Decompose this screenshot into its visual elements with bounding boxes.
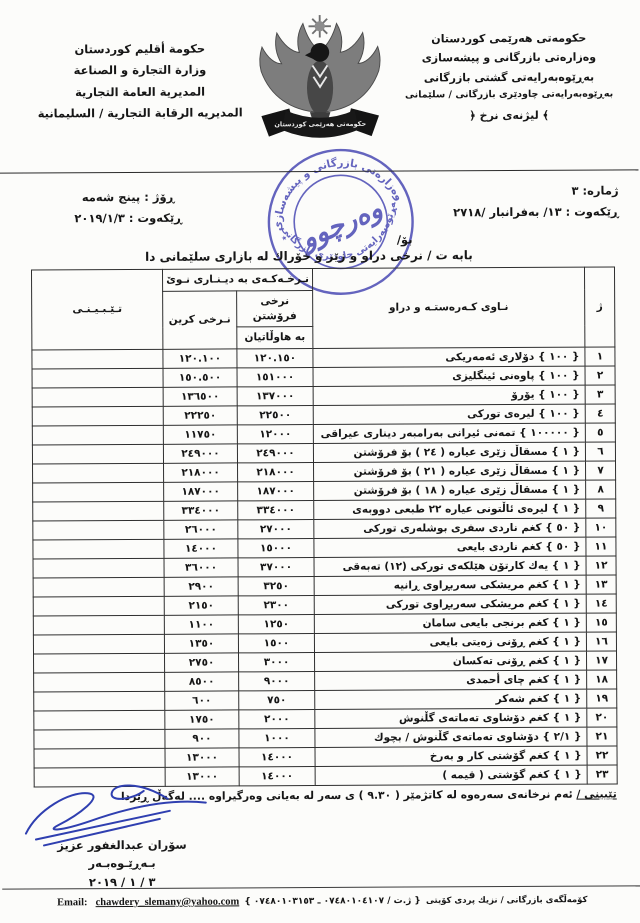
header-line: حكومة أقليم كوردستان (22, 38, 258, 61)
item-name-cell: { ١ } كغم شەكر (315, 689, 587, 709)
item-name-cell: { ٥٠ } كغم ناردی بایعی (314, 537, 586, 557)
note-cell (32, 425, 163, 445)
note-cell (33, 634, 164, 654)
footnote-label: تێبینی / (576, 787, 616, 800)
row-number-cell: ١٤ (586, 594, 616, 613)
meta-right-block: ژمارە: ٣ ڕێكەوت : ١٣/ بەفرانبار /٢٧١٨ (407, 180, 619, 222)
document-sheet: حكومة أقليم كوردستان وزارة التجارة و الص… (0, 0, 640, 923)
sell-price-cell: ٢٠٠٠ (239, 710, 315, 729)
date-gregorian: ڕێكەوت : ٢٠١٩/١/٣ (41, 207, 216, 229)
row-number-cell: ١٢ (586, 556, 616, 575)
sell-price-cell: ٧٥٠ (239, 691, 315, 710)
sell-price-cell: ١٢٠٠٠ (237, 425, 313, 444)
svg-text:٭: ٭ (390, 203, 399, 217)
note-cell (33, 482, 164, 502)
svg-text:٭: ٭ (280, 231, 289, 245)
row-number-cell: ٨ (586, 480, 616, 499)
price-table-body: ١ { ١٠٠ } دۆلاری ئەمەریكی ١٢٠.١٥٠ ١٢٠.١٠… (32, 347, 617, 787)
sell-price-cell: ١٥٠٠٠ (238, 539, 314, 558)
col-header-note: تـێـبـیـنـی (31, 269, 162, 350)
to-label: بۆ/ (397, 233, 413, 247)
row-number-cell: ٢٣ (587, 765, 617, 784)
header-line: المديريه الرقابة التجارية / السليمانية (22, 102, 258, 125)
sell-price-cell: ٢٤٩٠٠٠ (237, 444, 313, 463)
row-number-cell: ١٦ (586, 632, 616, 651)
item-name-cell: { ١ } لیرەی ئاڵتونی عیارە ٢٢ طبعی دووبەی (314, 499, 586, 519)
note-cell (34, 748, 165, 768)
price-table: ژ نـاوی كـەرەستـە و دراو نـرخـەكـەی بە د… (31, 266, 618, 787)
buy-price-cell: ٣٣٤٠٠٠ (164, 501, 238, 520)
row-number-cell: ١١ (586, 537, 616, 556)
buy-price-cell: ١٥٠.٥٠٠ (163, 368, 237, 387)
item-name-cell: { ١ } كغم گۆشتی ( قیمە ) (315, 765, 587, 785)
buy-price-cell: ١٣٠٠٠ (165, 748, 239, 767)
footnote-line: تێبینی / ئەم نرخانەی سەرەوە لە كاتژمێر (… (34, 787, 617, 803)
row-number-cell: ١٠ (586, 518, 616, 537)
row-number-cell: ٥ (585, 423, 615, 442)
day-label: ڕۆژ : پینج شەمە (41, 187, 216, 209)
note-cell (32, 368, 163, 388)
note-cell (33, 463, 164, 483)
header-line: وەزارەتی بازرگانی و پیشەسازی (394, 48, 624, 68)
note-cell (32, 444, 163, 464)
note-cell (32, 349, 163, 369)
sell-price-cell: ٢١٨٠٠٠ (238, 463, 314, 482)
buy-price-cell: ١٣٦٥٠٠ (163, 387, 237, 406)
note-cell (34, 729, 165, 749)
item-name-cell: { ١ } مسقاڵ زێری عیارە ( ١٨ ) بۆ فرۆشتن (314, 480, 586, 500)
row-number-cell: ١٨ (587, 670, 617, 689)
buy-price-cell: ٢٧٥٠ (165, 653, 239, 672)
item-name-cell: { ١ } كغم برنجی بایعی سامان (314, 613, 586, 633)
sell-price-cell: ٢٧٠٠٠ (238, 520, 314, 539)
buy-price-cell: ٩٠٠ (165, 729, 239, 748)
sell-price-cell: ١٣٧٠٠٠ (237, 387, 313, 406)
buy-price-cell: ١٢٠.١٠٠ (163, 349, 237, 368)
row-number-cell: ٤ (585, 404, 615, 423)
sell-price-cell: ٣٧٠٠٠ (238, 558, 314, 577)
footnote-text: ئەم نرخانەی سەرەوە لە كاتژمێر ( ٩.٣٠ ) ی… (121, 788, 577, 803)
note-cell (33, 577, 164, 597)
item-name-cell: { ١٠٠ } یۆرۆ (313, 385, 585, 405)
row-number-cell: ١٧ (587, 651, 617, 670)
buy-price-cell: ٢٤٩٠٠٠ (163, 444, 237, 463)
table-row: ٢٣ { ١ } كغم گۆشتی ( قیمە ) ١٤٠٠٠ ١٣٠٠٠ (34, 765, 617, 787)
footer-email-label: Email: (57, 897, 87, 908)
header-line: بەڕێوەبەرایەتی چاودێری بازرگانی / سلێمان… (394, 86, 624, 104)
header-line: المديرية العامة التجارية (22, 81, 258, 104)
sell-price-cell: ٢٣٠٠ (238, 596, 314, 615)
footer-line: كۆمەڵگەی بازرگانی / نزیك پردی كۆیتی { ژ.… (2, 889, 640, 911)
sun-icon (308, 15, 331, 38)
col-header-price-group: نـرخـەكـەی بە دیـنـاری نـوێ (162, 269, 312, 292)
row-number-cell: ١ (585, 347, 615, 366)
item-name-cell: { ١ } مسقاڵ زێری عیارە ( ٢٤ ) بۆ فرۆشتن (313, 442, 585, 462)
sell-price-cell: ١٢٠.١٥٠ (237, 349, 313, 368)
sell-price-cell: ١٢٥٠ (238, 615, 314, 634)
item-name-cell: { ١٠٠ } پاوەنی ئینگلیزی (313, 366, 585, 386)
sell-price-cell: ٩٠٠٠ (239, 672, 315, 691)
item-name-cell: { ٢/١ } دۆشاوی تەماتەی گڵنوش / بچوك (315, 727, 587, 747)
row-number-cell: ٣ (585, 385, 615, 404)
note-cell (32, 387, 163, 407)
footer-address: كۆمەڵگەی بازرگانی / نزیك پردی كۆیتی (426, 895, 588, 906)
note-cell (33, 539, 164, 559)
footer-email: chawdery_slemany@yahoo.com (96, 896, 240, 908)
price-table-header: ژ نـاوی كـەرەستـە و دراو نـرخـەكـەی بە د… (31, 267, 614, 350)
signatory-title: بـەڕێـوەبـەر (32, 854, 212, 873)
note-cell (33, 596, 164, 616)
buy-price-cell: ٦٠٠ (165, 691, 239, 710)
col-header-no: ژ (585, 267, 615, 347)
committee-label: ﴾ لیژنەی نرخ ﴿ (394, 106, 624, 126)
header-line: بەڕێوەبەرایەتی گشتی بازرگانی (394, 67, 624, 87)
sell-price-cell: ١٤٠٠٠ (239, 748, 315, 767)
buy-price-cell: ١١٠٠ (164, 615, 238, 634)
item-name-cell: { ١ } كغم ڕۆنی زەیتی بایعی (314, 632, 586, 652)
header-line: وزارة التجارة و الصناعة (22, 60, 258, 83)
header-right-block: حكومەتی هەرێمی كوردستان وەزارەتی بازرگان… (394, 28, 625, 126)
note-cell (34, 767, 165, 787)
sell-price-cell: ١٥٠٠ (238, 634, 314, 653)
sell-price-cell: ١٨٧٠٠٠ (238, 482, 314, 501)
item-name-cell: { ١٠٠٠٠٠ } تمەنی ئیرانی بەرامبەر دیناری … (313, 423, 585, 443)
note-cell (33, 615, 164, 635)
row-number-cell: ٢٠ (587, 708, 617, 727)
sell-price-cell: ١٥١٠٠٠ (237, 368, 313, 387)
item-name-cell: { ١ } كغم گۆشتی كار و بەرخ (315, 746, 587, 766)
subject-line: بابە ت / نرخی دراو و زێر و خۆراك لە بازا… (0, 247, 619, 264)
note-cell (32, 406, 163, 426)
buy-price-cell: ٨٥٠٠ (165, 672, 239, 691)
item-name-cell: { ١ } كغم مریشكی سەربڕاوی توركی (314, 594, 586, 614)
col-header-sell-sub: بە هاوڵاتیان (237, 327, 313, 349)
note-cell (33, 558, 164, 578)
note-cell (34, 710, 165, 730)
header-line: حكومەتی هەرێمی كوردستان (394, 28, 624, 48)
item-name-cell: { ١٠٠ } دۆلاری ئەمەریكی (313, 347, 585, 367)
signature-block: سۆران عبدالغفور عزیز بـەڕێـوەبـەر ٣ / ١ … (32, 836, 212, 892)
buy-price-cell: ١٨٧٠٠٠ (164, 482, 238, 501)
buy-price-cell: ٢١٥٠ (164, 596, 238, 615)
date-kurdish: ڕێكەوت : ١٣/ بەفرانبار /٢٧١٨ (407, 201, 619, 223)
krg-eagle-emblem-icon: حكومەتی هەرێمی كوردستان (250, 10, 391, 163)
footer-phones: { ژ.ت / ٠٧٤٨٠١٠٤١٠٧ ـ ٠٧٤٨٠١٠٣١٥٣ } (244, 896, 421, 907)
item-name-cell: { ٥٠ } كغم ناردی سفری بوشلەری توركی (314, 518, 586, 538)
sell-price-cell: ١٤٠٠٠ (239, 767, 315, 786)
row-number-cell: ٢٢ (587, 746, 617, 765)
note-cell (33, 520, 164, 540)
row-number-cell: ٧ (586, 461, 616, 480)
note-cell (34, 653, 165, 673)
sell-price-cell: ٣٢٥٠ (238, 577, 314, 596)
buy-price-cell: ١٣٥٠ (164, 634, 238, 653)
col-header-sell: نرخی فرۆشتن (237, 291, 313, 327)
note-cell (34, 691, 165, 711)
header-left-block: حكومة أقليم كوردستان وزارة التجارة و الص… (22, 38, 258, 124)
item-name-cell: { ١ } یەك كارتۆن هێلكەی توركی (١٢) تەبەق… (314, 556, 586, 576)
item-name-cell: { ١٠٠ } لیرەی توركی (313, 404, 585, 424)
buy-price-cell: ٢٢٢٥٠ (163, 406, 237, 425)
buy-price-cell: ٢٦٠٠٠ (164, 520, 238, 539)
item-name-cell: { ١ } كغم چای أحمدی (315, 670, 587, 690)
signatory-name: سۆران عبدالغفور عزیز (32, 836, 212, 855)
buy-price-cell: ٣٦٠٠٠ (164, 558, 238, 577)
note-cell (34, 672, 165, 692)
document-number: ژمارە: ٣ (407, 180, 619, 202)
row-number-cell: ١٣ (586, 575, 616, 594)
item-name-cell: { ١ } كغم ڕۆنی تەكسان (315, 651, 587, 671)
sell-price-cell: ٢٢٥٠٠ (237, 406, 313, 425)
sell-price-cell: ٣٠٠٠ (239, 653, 315, 672)
row-number-cell: ١٥ (586, 613, 616, 632)
buy-price-cell: ٢١٨٠٠٠ (164, 463, 238, 482)
sell-price-cell: ٣٣٤٠٠٠ (238, 501, 314, 520)
scanned-document-page: حكومة أقليم كوردستان وزارة التجارة و الص… (0, 0, 640, 923)
item-name-cell: { ١ } مسقاڵ زێری عیارە ( ٢١ ) بۆ فرۆشتن (314, 461, 586, 481)
sell-price-cell: ١٠٠٠ (239, 729, 315, 748)
buy-price-cell: ١٣٠٠٠ (165, 767, 239, 786)
col-header-name: نـاوی كـەرەستـە و دراو (313, 267, 585, 348)
header-divider (0, 169, 638, 173)
buy-price-cell: ٢٩٠٠ (164, 577, 238, 596)
buy-price-cell: ١٧٥٠ (165, 710, 239, 729)
svg-text:حكومەتی هەرێمی كوردستان: حكومەتی هەرێمی كوردستان (274, 120, 366, 128)
buy-price-cell: ١٤٠٠٠ (164, 539, 238, 558)
buy-price-cell: ١١٧٥٠ (163, 425, 237, 444)
col-header-buy: نـرخی كرین (163, 291, 237, 349)
item-name-cell: { ١ } كغم مریشكی سەربڕاوی ڕانیە (314, 575, 586, 595)
note-cell (33, 501, 164, 521)
row-number-cell: ٢ (585, 366, 615, 385)
row-number-cell: ٩ (586, 499, 616, 518)
row-number-cell: ٦ (585, 442, 615, 461)
row-number-cell: ١٩ (587, 689, 617, 708)
item-name-cell: { ١ } كغم دۆشاوی تەماتەی گڵنوش (315, 708, 587, 728)
row-number-cell: ٢١ (587, 727, 617, 746)
meta-left-block: ڕۆژ : پینج شەمە ڕێكەوت : ٢٠١٩/١/٣ (41, 187, 216, 229)
